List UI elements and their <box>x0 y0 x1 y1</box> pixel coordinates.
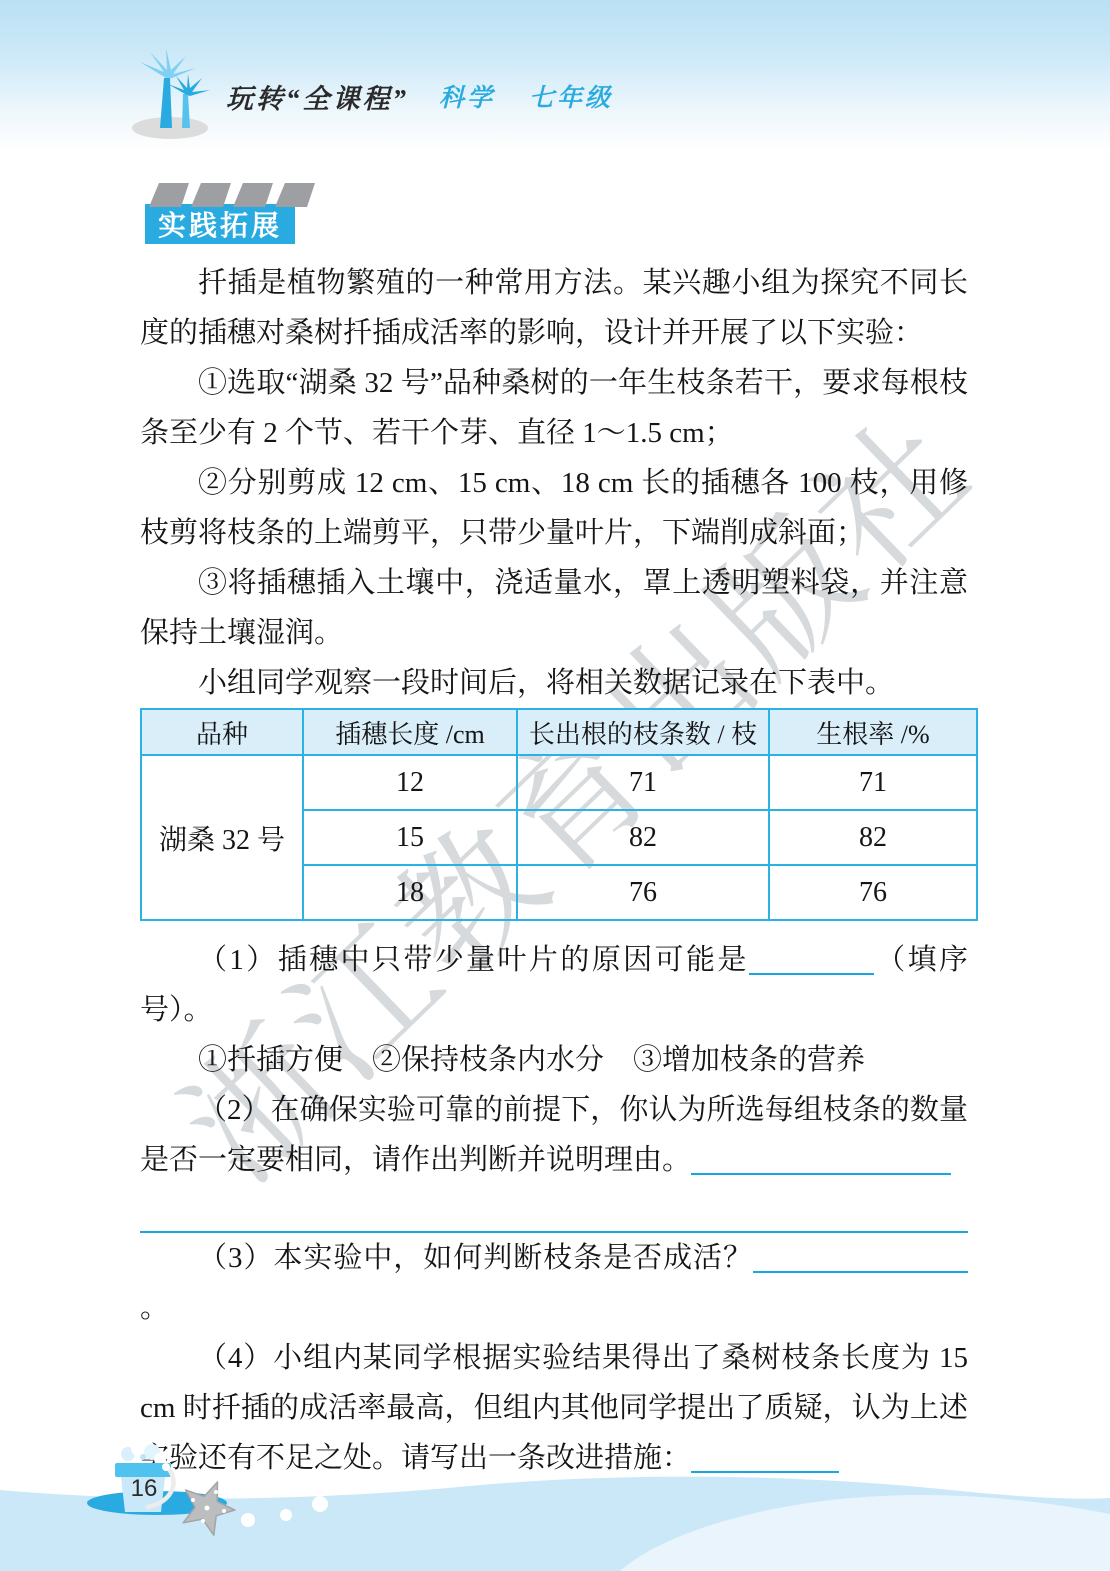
answer-blank-q3 <box>753 1241 968 1273</box>
answer-blank-q2 <box>691 1143 951 1175</box>
question-1-options: ①扦插方便 ②保持枝条内水分 ③增加枝条的营养 <box>140 1035 968 1085</box>
intro-paragraph: 扦插是植物繁殖的一种常用方法。某兴趣小组为探究不同长度的插穗对桑树扦插成活率的影… <box>140 258 968 358</box>
question-1-text: （1）插穗中只带少量叶片的原因可能是 <box>198 944 749 976</box>
header-variety: 品种 <box>141 709 303 755</box>
question-3: （3）本实验中，如何判断枝条是否成活？。 <box>140 1233 968 1333</box>
rooted-cell: 71 <box>517 755 769 810</box>
subject-label: 科学 <box>439 78 495 114</box>
rooted-cell: 76 <box>517 865 769 920</box>
brand-title: 玩转“全课程” <box>226 77 409 116</box>
badge-label: 实践拓展 <box>158 204 282 244</box>
rooted-cell: 82 <box>517 810 769 865</box>
answer-blank-q1 <box>749 943 874 975</box>
page-number: 16 <box>125 1475 163 1503</box>
bottom-wave-decoration <box>0 1430 1110 1571</box>
length-cell: 15 <box>303 810 517 865</box>
content-column: 扦插是植物繁殖的一种常用方法。某兴趣小组为探究不同长度的插穗对桑树扦插成活率的影… <box>140 258 968 1539</box>
answer-line-q2 <box>140 1185 968 1233</box>
textbook-page: 浙江教育出版社 玩转“全课程” 科学 七年级 <box>0 0 1110 1571</box>
question-3-text: （3）本实验中，如何判断枝条是否成活？ <box>198 1242 753 1274</box>
step-2-paragraph: ②分别剪成 12 cm、15 cm、18 cm 长的插穗各 100 枝，用修枝剪… <box>140 458 968 558</box>
section-badge: 实践拓展 <box>145 183 317 244</box>
table-note-paragraph: 小组同学观察一段时间后，将相关数据记录在下表中。 <box>140 658 968 708</box>
rate-cell: 71 <box>769 755 977 810</box>
table-header-row: 品种 插穗长度 /cm 长出根的枝条数 / 枝 生根率 /% <box>141 709 977 755</box>
step-3-paragraph: ③将插穗插入土壤中，浇适量水，罩上透明塑料袋，并注意保持土壤湿润。 <box>140 558 968 658</box>
header-length: 插穗长度 /cm <box>303 709 517 755</box>
question-3-suffix: 。 <box>140 1292 169 1324</box>
grade-label: 七年级 <box>529 78 613 114</box>
badge-box: 实践拓展 <box>145 204 295 244</box>
table-row: 湖桑 32 号 12 71 71 <box>141 755 977 810</box>
step-1-paragraph: ①选取“湖桑 32 号”品种桑树的一年生枝条若干，要求每根枝条至少有 2 个节、… <box>140 358 968 458</box>
question-2: （2）在确保实验可靠的前提下，你认为所选每组枝条的数量是否一定要相同，请作出判断… <box>140 1085 968 1185</box>
variety-cell: 湖桑 32 号 <box>141 755 303 920</box>
question-1: （1）插穗中只带少量叶片的原因可能是（填序号）。 <box>140 935 968 1035</box>
length-cell: 12 <box>303 755 517 810</box>
palm-tree-logo-icon <box>120 50 216 142</box>
rate-cell: 76 <box>769 865 977 920</box>
rate-cell: 82 <box>769 810 977 865</box>
experiment-data-table: 品种 插穗长度 /cm 长出根的枝条数 / 枝 生根率 /% 湖桑 32 号 1… <box>140 708 978 921</box>
length-cell: 18 <box>303 865 517 920</box>
header-rooting-rate: 生根率 /% <box>769 709 977 755</box>
header-rooted-count: 长出根的枝条数 / 枝 <box>517 709 769 755</box>
page-header: 玩转“全课程” 科学 七年级 <box>120 50 613 142</box>
